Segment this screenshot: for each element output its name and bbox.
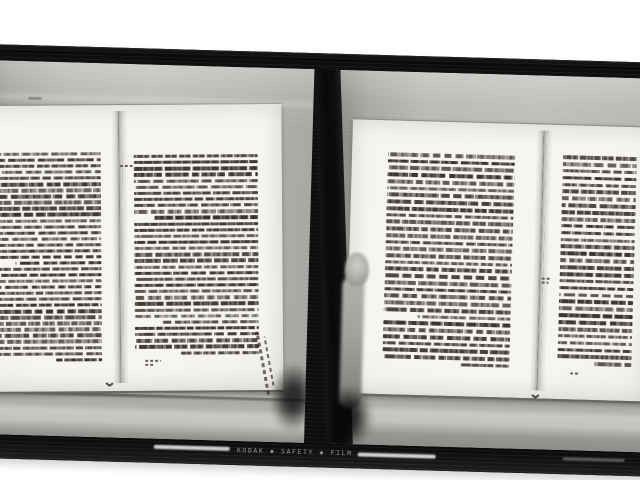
text-line (384, 307, 511, 314)
text-line (134, 258, 258, 262)
text-line (2, 170, 101, 174)
text-line (134, 173, 258, 177)
gutter-correction-mark (541, 278, 551, 286)
text-line (134, 240, 258, 244)
text-line (561, 244, 635, 250)
text-line (387, 186, 514, 193)
text-line (383, 321, 510, 328)
page-gutter (111, 111, 129, 383)
text-line (387, 199, 514, 206)
text-line (0, 255, 101, 259)
text-line (417, 315, 510, 321)
text-line (0, 207, 101, 211)
text-line (0, 182, 101, 186)
film-edge-label: KODAK ◆ SAFETY ◆ FILM (229, 446, 361, 458)
catchword-mark (145, 360, 161, 368)
text-line (558, 348, 632, 354)
text-line (134, 246, 258, 250)
text-line (0, 249, 101, 253)
text-line (562, 189, 636, 195)
text-line (387, 206, 514, 213)
text-line (0, 309, 102, 313)
text-line (386, 213, 513, 220)
catchword-mark (570, 372, 580, 376)
edge-streak (154, 445, 230, 451)
text-line (134, 154, 258, 158)
text-line (135, 308, 259, 312)
text-line (557, 354, 631, 360)
text-line (134, 179, 258, 183)
text-line (561, 231, 635, 237)
text-line (384, 294, 511, 301)
text-line (561, 238, 635, 244)
text-line (559, 313, 633, 319)
text-line (0, 164, 101, 168)
text-line (16, 261, 102, 265)
text-line (386, 226, 513, 233)
text-line (383, 334, 510, 341)
text-line (559, 293, 633, 299)
finger-shadow (269, 362, 314, 433)
text-line (384, 287, 511, 294)
text-line (595, 362, 632, 367)
text-line (382, 354, 509, 361)
text-line (562, 203, 636, 209)
text-line (559, 299, 633, 305)
text-line (0, 201, 101, 205)
text-line (558, 327, 632, 333)
text-line (385, 260, 512, 267)
film-strip: KODAK ◆ SAFETY ◆ FILM (0, 44, 640, 477)
text-block-page-right (557, 155, 637, 371)
text-line (386, 240, 513, 247)
text-line (134, 203, 258, 207)
text-line (135, 271, 259, 275)
text-line (388, 166, 515, 173)
text-line (563, 169, 637, 175)
text-line (162, 320, 258, 324)
text-line (562, 176, 636, 182)
text-line (0, 237, 101, 241)
text-line (134, 234, 258, 238)
text-line (0, 219, 101, 223)
text-line (0, 303, 102, 307)
text-line (0, 231, 101, 235)
edge-streak (563, 457, 625, 462)
text-line (560, 251, 634, 257)
text-line (0, 285, 102, 289)
text-line (134, 191, 258, 195)
text-line (0, 213, 101, 217)
text-line (0, 321, 102, 325)
text-line (383, 327, 510, 334)
book-cradle-shelf (0, 390, 305, 443)
text-line (385, 253, 512, 260)
text-line (135, 295, 259, 299)
text-line (384, 300, 511, 307)
text-line (134, 252, 258, 256)
text-line (388, 152, 515, 159)
text-line (134, 222, 258, 226)
text-line (134, 197, 258, 201)
text-line (386, 233, 513, 240)
text-line (562, 196, 636, 202)
gutter-correction-mark (120, 165, 133, 169)
text-line (560, 279, 634, 285)
photo-backdrop: KODAK ◆ SAFETY ◆ FILM (0, 0, 640, 480)
text-line (135, 344, 259, 348)
text-line (56, 358, 102, 362)
film-frame-1 (0, 60, 314, 443)
text-line (383, 347, 510, 354)
text-line (134, 265, 258, 269)
text-line (563, 155, 637, 161)
text-line (134, 228, 258, 232)
text-block-page-left (382, 152, 515, 371)
text-line (387, 179, 514, 186)
text-line (560, 258, 634, 264)
text-line (387, 172, 514, 179)
text-line (0, 340, 102, 344)
text-line (135, 332, 259, 336)
text-line (135, 314, 259, 318)
text-line (0, 334, 102, 338)
text-line (0, 346, 102, 350)
text-line (0, 297, 102, 301)
text-line (0, 243, 101, 247)
text-line (560, 272, 634, 278)
page-gutter (530, 130, 553, 390)
text-line (387, 193, 514, 200)
text-line (0, 328, 102, 332)
text-line (135, 277, 259, 281)
tick-mark (531, 393, 539, 399)
text-line (0, 158, 101, 162)
manuscript-book-1 (0, 103, 283, 394)
text-line (134, 160, 258, 164)
text-line (562, 183, 636, 189)
text-line (135, 326, 259, 330)
text-line (154, 215, 258, 219)
film-frame-2 (330, 70, 640, 453)
text-line (385, 246, 512, 253)
text-line (0, 352, 102, 356)
edge-streak (358, 452, 436, 458)
text-line (559, 306, 633, 312)
text-line (384, 280, 511, 287)
text-line (134, 209, 258, 213)
text-block-page-right (134, 154, 259, 358)
text-line (0, 195, 101, 199)
text-line (558, 320, 632, 326)
text-line (0, 188, 101, 192)
text-line (561, 224, 635, 230)
text-line (0, 273, 102, 277)
text-line (0, 291, 102, 295)
text-line (383, 341, 510, 348)
text-line (135, 301, 259, 305)
text-line (134, 185, 258, 189)
text-line (385, 267, 512, 274)
text-line (0, 279, 102, 283)
text-line (135, 338, 259, 342)
text-line (561, 210, 635, 216)
text-line (460, 363, 509, 368)
text-line (181, 351, 259, 355)
text-line (558, 334, 632, 340)
film-interior (0, 60, 640, 453)
text-line (560, 265, 634, 271)
text-line (388, 159, 515, 166)
text-line (386, 220, 513, 227)
text-line (135, 283, 259, 287)
text-line (559, 286, 633, 292)
text-line (0, 315, 102, 319)
text-line (558, 341, 632, 347)
text-line (385, 273, 512, 280)
text-line (134, 166, 258, 170)
text-line (563, 162, 637, 168)
text-line (0, 267, 101, 271)
text-line (0, 176, 101, 180)
text-line (135, 289, 259, 293)
manuscript-book-2 (345, 118, 640, 403)
text-line (0, 152, 101, 156)
text-line (561, 217, 635, 223)
text-line (0, 225, 101, 229)
stray-mark (28, 97, 41, 99)
tick-mark (105, 381, 113, 387)
text-block-page-left (0, 152, 102, 365)
